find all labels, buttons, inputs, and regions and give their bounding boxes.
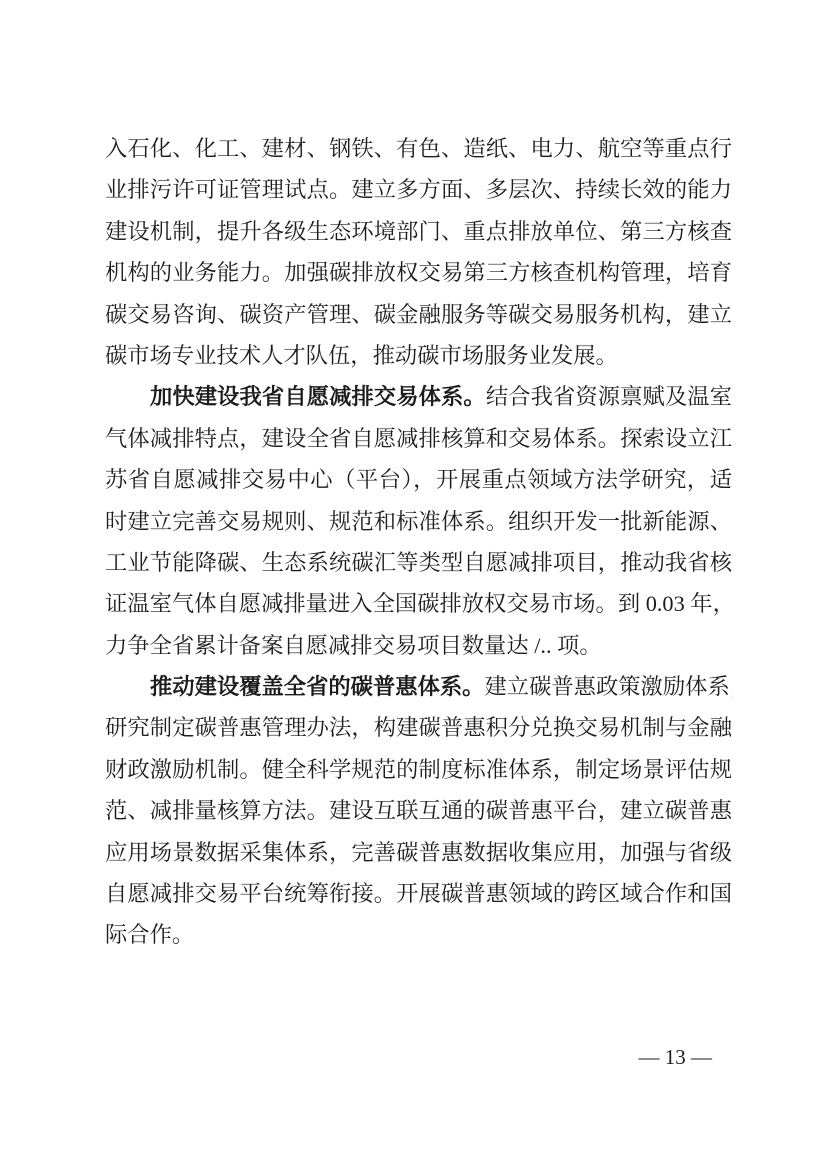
text-run: 业排污许可证管理试点。建立多方面、多层次、持续长效的能力 — [105, 177, 732, 202]
text-run: 建设机制，提升各级生态环境部门、重点排放单位、第三方核查 — [105, 219, 732, 244]
text-line: 时建立完善交易规则、规范和标准体系。组织开发一批新能源、 — [105, 501, 732, 542]
text-line: 财政激励机制。健全科学规范的制度标准体系，制定场景评估规 — [105, 749, 732, 790]
text-line: 力争全省累计备案自愿减排交易项目数量达 /.. 项。 — [105, 625, 732, 666]
text-run: 研究制定碳普惠管理办法，构建碳普惠积分兑换交易机制与金融 — [105, 715, 732, 740]
text-line: 自愿减排交易平台统筹衔接。开展碳普惠领域的跨区域合作和国 — [105, 873, 732, 914]
text-run: 范、减排量核算方法。建设互联互通的碳普惠平台，建立碳普惠 — [105, 798, 732, 823]
text-line: 碳交易咨询、碳资产管理、碳金融服务等碳交易服务机构，建立 — [105, 294, 732, 335]
text-line: 应用场景数据采集体系，完善碳普惠数据收集应用，加强与省级 — [105, 832, 732, 873]
text-run: 建立碳普惠政策激励体系， — [484, 674, 732, 699]
text-run: 力争全省累计备案自愿减排交易项目数量达 /.. 项。 — [105, 633, 602, 658]
text-line: 加快建设我省自愿减排交易体系。结合我省资源禀赋及温室 — [105, 376, 732, 417]
text-run: 碳交易咨询、碳资产管理、碳金融服务等碳交易服务机构，建立 — [105, 302, 732, 327]
text-run: 机构的业务能力。加强碳排放权交易第三方核查机构管理，培育 — [105, 260, 732, 285]
document-page: 入石化、化工、建材、钢铁、有色、造纸、电力、航空等重点行业排污许可证管理试点。建… — [0, 0, 826, 1169]
text-line: 范、减排量核算方法。建设互联互通的碳普惠平台，建立碳普惠 — [105, 790, 732, 831]
text-run: 应用场景数据采集体系，完善碳普惠数据收集应用，加强与省级 — [105, 840, 732, 865]
text-line: 建设机制，提升各级生态环境部门、重点排放单位、第三方核查 — [105, 211, 732, 252]
text-line: 推动建设覆盖全省的碳普惠体系。建立碳普惠政策激励体系， — [105, 666, 732, 707]
text-line: 机构的业务能力。加强碳排放权交易第三方核查机构管理，培育 — [105, 252, 732, 293]
text-run: 结合我省资源禀赋及温室 — [486, 384, 732, 409]
paragraph-lead: 推动建设覆盖全省的碳普惠体系。 — [150, 674, 484, 699]
text-line: 际合作。 — [105, 914, 732, 955]
body-text: 入石化、化工、建材、钢铁、有色、造纸、电力、航空等重点行业排污许可证管理试点。建… — [105, 128, 732, 956]
paragraph-lead: 加快建设我省自愿减排交易体系。 — [150, 384, 486, 409]
text-run: 入石化、化工、建材、钢铁、有色、造纸、电力、航空等重点行 — [105, 136, 732, 161]
text-run: 时建立完善交易规则、规范和标准体系。组织开发一批新能源、 — [105, 509, 732, 534]
text-line: 入石化、化工、建材、钢铁、有色、造纸、电力、航空等重点行 — [105, 128, 732, 169]
text-line: 工业节能降碳、生态系统碳汇等类型自愿减排项目，推动我省核 — [105, 542, 732, 583]
text-line: 业排污许可证管理试点。建立多方面、多层次、持续长效的能力 — [105, 169, 732, 210]
text-run: 工业节能降碳、生态系统碳汇等类型自愿减排项目，推动我省核 — [105, 550, 732, 575]
text-line: 苏省自愿减排交易中心（平台），开展重点领域方法学研究，适 — [105, 459, 732, 500]
text-run: 自愿减排交易平台统筹衔接。开展碳普惠领域的跨区域合作和国 — [105, 881, 732, 906]
text-line: 研究制定碳普惠管理办法，构建碳普惠积分兑换交易机制与金融 — [105, 707, 732, 748]
text-line: 气体减排特点，建设全省自愿减排核算和交易体系。探索设立江 — [105, 418, 732, 459]
text-run: 气体减排特点，建设全省自愿减排核算和交易体系。探索设立江 — [105, 426, 732, 451]
text-line: 证温室气体自愿减排量进入全国碳排放权交易市场。到 0.03 年， — [105, 583, 732, 624]
text-run: 际合作。 — [105, 922, 194, 947]
text-line: 碳市场专业技术人才队伍，推动碳市场服务业发展。 — [105, 335, 732, 376]
text-run: 证温室气体自愿减排量进入全国碳排放权交易市场。到 0.03 年， — [105, 591, 732, 616]
text-run: 碳市场专业技术人才队伍，推动碳市场服务业发展。 — [105, 343, 618, 368]
page-number: — 13 — — [639, 1042, 713, 1072]
text-run: 财政激励机制。健全科学规范的制度标准体系，制定场景评估规 — [105, 757, 732, 782]
text-run: 苏省自愿减排交易中心（平台），开展重点领域方法学研究，适 — [105, 467, 732, 492]
